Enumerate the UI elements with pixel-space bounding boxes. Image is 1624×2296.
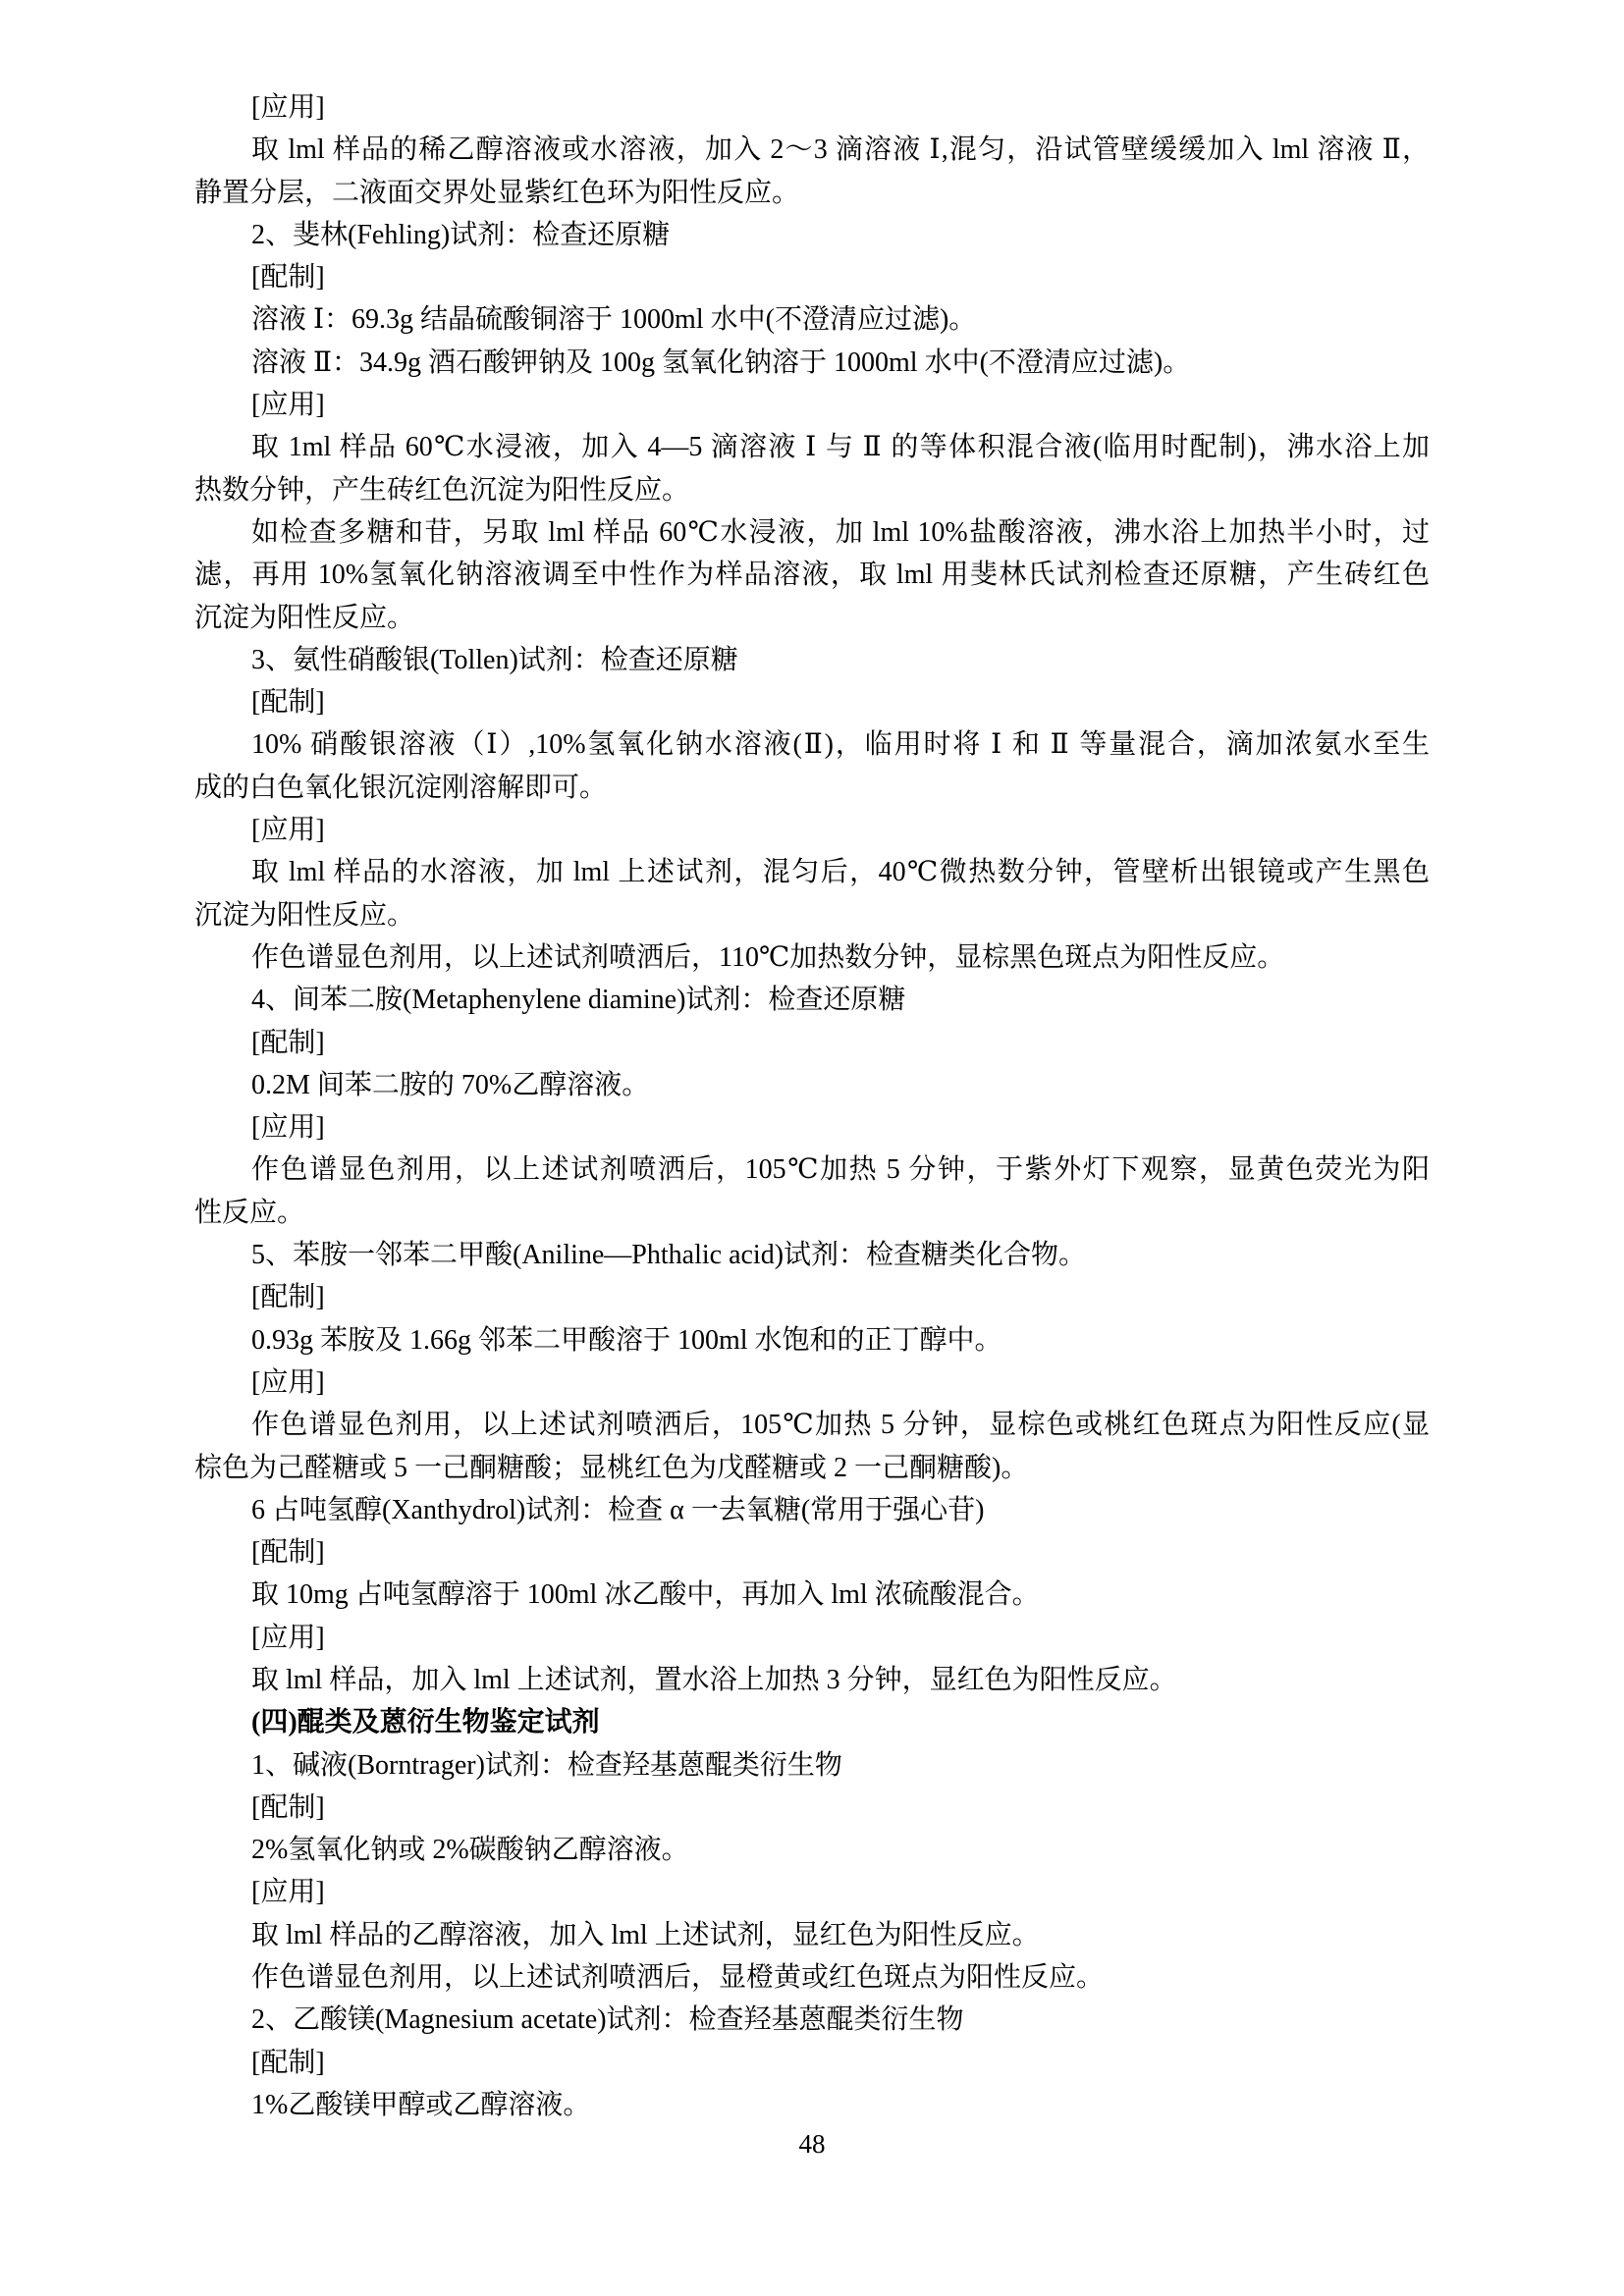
text-line: 沉淀为阳性反应。	[194, 894, 1430, 936]
text-line: 6 占吨氢醇(Xanthydrol)试剂：检查 α 一去氧糖(常用于强心苷)	[194, 1489, 1430, 1531]
text-line: 取 1ml 样品 60℃水浸液，加入 4—5 滴溶液 Ⅰ 与 Ⅱ 的等体积混合液…	[194, 426, 1430, 468]
text-line: 棕色为己醛糖或 5 一己酮糖酸；显桃红色为戊醛糖或 2 一己酮糖酸)。	[194, 1447, 1430, 1489]
text-line: 取 lml 样品，加入 lml 上述试剂，置水浴上加热 3 分钟，显红色为阳性反…	[194, 1659, 1430, 1701]
text-line: [应用]	[194, 86, 1430, 129]
text-line: [应用]	[194, 384, 1430, 426]
text-line: [配制]	[194, 1787, 1430, 1829]
text-line: 1%乙酸镁甲醇或乙醇溶液。	[194, 2084, 1430, 2126]
text-line: 0.93g 苯胺及 1.66g 邻苯二甲酸溶于 100ml 水饱和的正丁醇中。	[194, 1319, 1430, 1362]
text-line: 4、间苯二胺(Metaphenylene diamine)试剂：检查还原糖	[194, 979, 1430, 1021]
document-body: [应用]取 lml 样品的稀乙醇溶液或水溶液，加入 2～3 滴溶液 Ⅰ,混匀，沿…	[194, 86, 1430, 2126]
text-line: 作色谱显色剂用，以上述试剂喷洒后，显橙黄或红色斑点为阳性反应。	[194, 1956, 1430, 1999]
text-line: 作色谱显色剂用，以上述试剂喷洒后，105℃加热 5 分钟，于紫外灯下观察，显黄色…	[194, 1148, 1430, 1191]
text-line: 沉淀为阳性反应。	[194, 597, 1430, 639]
text-line: 作色谱显色剂用，以上述试剂喷洒后，105℃加热 5 分钟，显棕色或桃红色斑点为阳…	[194, 1404, 1430, 1446]
text-line: [配制]	[194, 1531, 1430, 1574]
text-line: 2、斐林(Fehling)试剂：检查还原糖	[194, 214, 1430, 256]
text-line: 0.2M 间苯二胺的 70%乙醇溶液。	[194, 1064, 1430, 1106]
text-line: 取 lml 样品的稀乙醇溶液或水溶液，加入 2～3 滴溶液 Ⅰ,混匀，沿试管壁缓…	[194, 129, 1430, 171]
text-line: 3、氨性硝酸银(Tollen)试剂：检查还原糖	[194, 639, 1430, 681]
document-page: [应用]取 lml 样品的稀乙醇溶液或水溶液，加入 2～3 滴溶液 Ⅰ,混匀，沿…	[0, 0, 1624, 2296]
text-line: 5、苯胺一邻苯二甲酸(Aniline—Phthalic acid)试剂：检查糖类…	[194, 1234, 1430, 1276]
text-line: [配制]	[194, 1276, 1430, 1318]
text-line: [配制]	[194, 681, 1430, 723]
page-number: 48	[0, 2123, 1624, 2165]
text-line: 如检查多糖和苷，另取 lml 样品 60℃水浸液，加 lml 10%盐酸溶液，沸…	[194, 511, 1430, 554]
text-line: 溶液 Ⅰ：69.3g 结晶硫酸铜溶于 1000ml 水中(不澄清应过滤)。	[194, 298, 1430, 341]
text-line: 10% 硝酸银溶液（Ⅰ）,10%氢氧化钠水溶液(Ⅱ)，临用时将 Ⅰ 和 Ⅱ 等量…	[194, 723, 1430, 766]
text-line: 热数分钟，产生砖红色沉淀为阳性反应。	[194, 469, 1430, 511]
text-line: 取 lml 样品的乙醇溶液，加入 lml 上述试剂，显红色为阳性反应。	[194, 1914, 1430, 1956]
text-line: 作色谱显色剂用，以上述试剂喷洒后，110℃加热数分钟，显棕黑色斑点为阳性反应。	[194, 936, 1430, 979]
text-line: 2、乙酸镁(Magnesium acetate)试剂：检查羟基蒽醌类衍生物	[194, 1999, 1430, 2041]
text-line: 滤，再用 10%氢氧化钠溶液调至中性作为样品溶液，取 lml 用斐林氏试剂检查还…	[194, 554, 1430, 596]
text-line: 静置分层，二液面交界处显紫红色环为阳性反应。	[194, 172, 1430, 214]
text-line: 溶液 Ⅱ：34.9g 酒石酸钾钠及 100g 氢氧化钠溶于 1000ml 水中(…	[194, 342, 1430, 384]
text-line: [配制]	[194, 2042, 1430, 2084]
text-line: 取 lml 样品的水溶液，加 lml 上述试剂，混匀后，40℃微热数分钟，管壁析…	[194, 851, 1430, 893]
text-line: [配制]	[194, 1022, 1430, 1064]
text-line: [应用]	[194, 1106, 1430, 1148]
text-line: 2%氢氧化钠或 2%碳酸钠乙醇溶液。	[194, 1829, 1430, 1871]
text-line: [应用]	[194, 1871, 1430, 1913]
text-line: 性反应。	[194, 1192, 1430, 1234]
text-line: 取 10mg 占吨氢醇溶于 100ml 冰乙酸中，再加入 lml 浓硫酸混合。	[194, 1574, 1430, 1616]
section-heading: (四)醌类及蒽衍生物鉴定试剂	[194, 1701, 1430, 1743]
text-line: 成的白色氧化银沉淀刚溶解即可。	[194, 767, 1430, 809]
text-line: [应用]	[194, 1617, 1430, 1659]
text-line: [配制]	[194, 256, 1430, 298]
text-line: [应用]	[194, 1362, 1430, 1404]
text-line: [应用]	[194, 809, 1430, 851]
text-line: 1、碱液(Borntrager)试剂：检查羟基蒽醌类衍生物	[194, 1744, 1430, 1787]
